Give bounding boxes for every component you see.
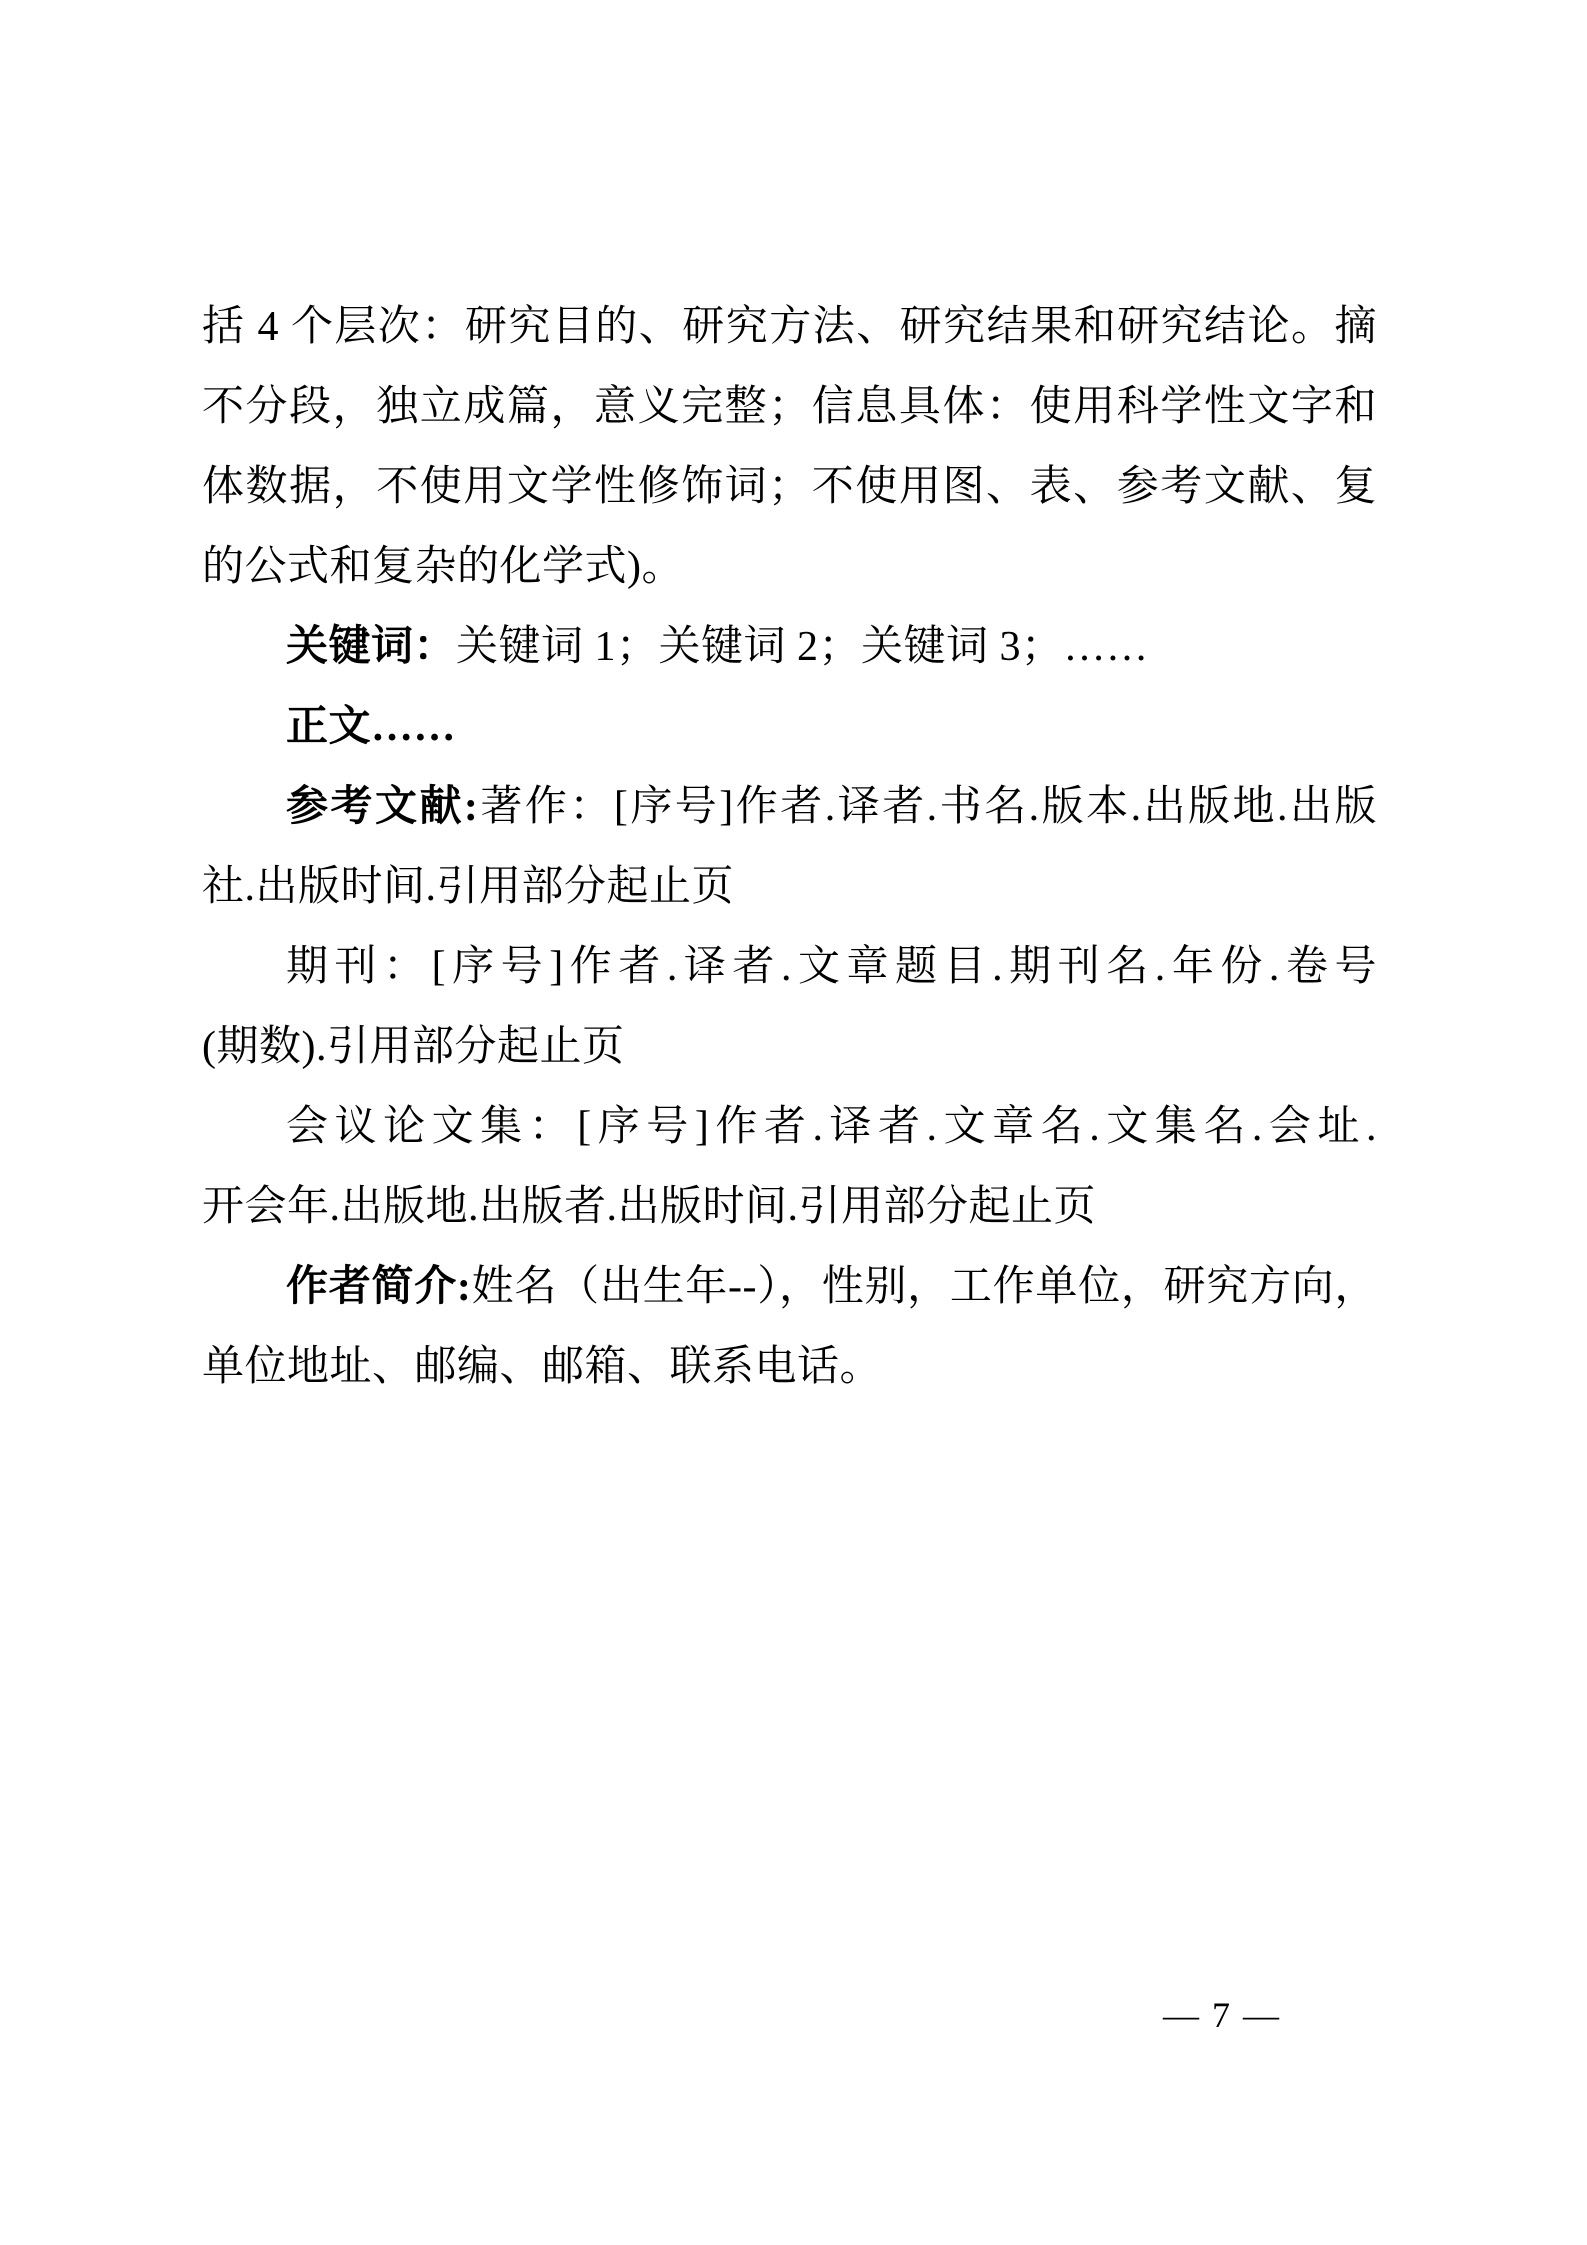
text-line: 不分段，独立成篇，意义完整；信息具体：使用科学性文字和具 (202, 367, 1377, 447)
text-line: 会议论文集：[序号]作者.译者.文章名.文集名.会址. (202, 1087, 1377, 1167)
document-page: 括 4 个层次：研究目的、研究方法、研究结果和研究结论。摘要不分段，独立成篇，意… (0, 0, 1587, 2245)
line-text: 社.出版时间.引用部分起止页 (202, 864, 734, 910)
line-text: 的公式和复杂的化学式)。 (202, 544, 684, 590)
text-line: 体数据，不使用文学性修饰词；不使用图、表、参考文献、复杂 (202, 447, 1377, 527)
bold-label: 作者简介: (286, 1264, 471, 1310)
line-text: 开会年.出版地.出版者.出版时间.引用部分起止页 (202, 1184, 1096, 1230)
line-text: (期数).引用部分起止页 (202, 1024, 624, 1070)
line-text: 不分段，独立成篇，意义完整；信息具体：使用科学性文字和具 (202, 384, 1377, 447)
line-text: 会议论文集：[序号]作者.译者.文章名.文集名.会址. (286, 1104, 1377, 1150)
document-body: 括 4 个层次：研究目的、研究方法、研究结果和研究结论。摘要不分段，独立成篇，意… (202, 287, 1377, 1407)
line-text: 著作：[序号]作者.译者.书名.版本.出版地.出版 (478, 784, 1377, 830)
text-line: (期数).引用部分起止页 (202, 1007, 1377, 1087)
text-line: 作者简介:姓名（出生年--），性别，工作单位，研究方向， (202, 1247, 1377, 1327)
text-line: 开会年.出版地.出版者.出版时间.引用部分起止页 (202, 1167, 1377, 1247)
text-line: 关键词：关键词 1；关键词 2；关键词 3；…… (202, 607, 1377, 687)
line-text: 体数据，不使用文学性修饰词；不使用图、表、参考文献、复杂 (202, 464, 1377, 527)
line-text: 单位地址、邮编、邮箱、联系电话。 (202, 1344, 882, 1390)
text-line: 括 4 个层次：研究目的、研究方法、研究结果和研究结论。摘要 (202, 287, 1377, 367)
bold-label: 关键词： (286, 624, 456, 670)
text-line: 参考文献:著作：[序号]作者.译者.书名.版本.出版地.出版 (202, 767, 1377, 847)
text-line: 正文…… (202, 687, 1377, 767)
line-text: 括 4 个层次：研究目的、研究方法、研究结果和研究结论。摘要 (202, 304, 1377, 367)
text-line: 的公式和复杂的化学式)。 (202, 527, 1377, 607)
page-number: — 7 — (1163, 1993, 1281, 2037)
line-text: 期刊：[序号]作者.译者.文章题目.期刊名.年份.卷号 (286, 944, 1377, 990)
line-text: 姓名（出生年--），性别，工作单位，研究方向， (471, 1264, 1377, 1310)
bold-label: 正文…… (286, 704, 456, 750)
text-line: 社.出版时间.引用部分起止页 (202, 847, 1377, 927)
text-line: 单位地址、邮编、邮箱、联系电话。 (202, 1327, 1377, 1407)
line-text: 关键词 1；关键词 2；关键词 3；…… (456, 624, 1149, 670)
text-line: 期刊：[序号]作者.译者.文章题目.期刊名.年份.卷号 (202, 927, 1377, 1007)
bold-label: 参考文献: (286, 784, 478, 830)
